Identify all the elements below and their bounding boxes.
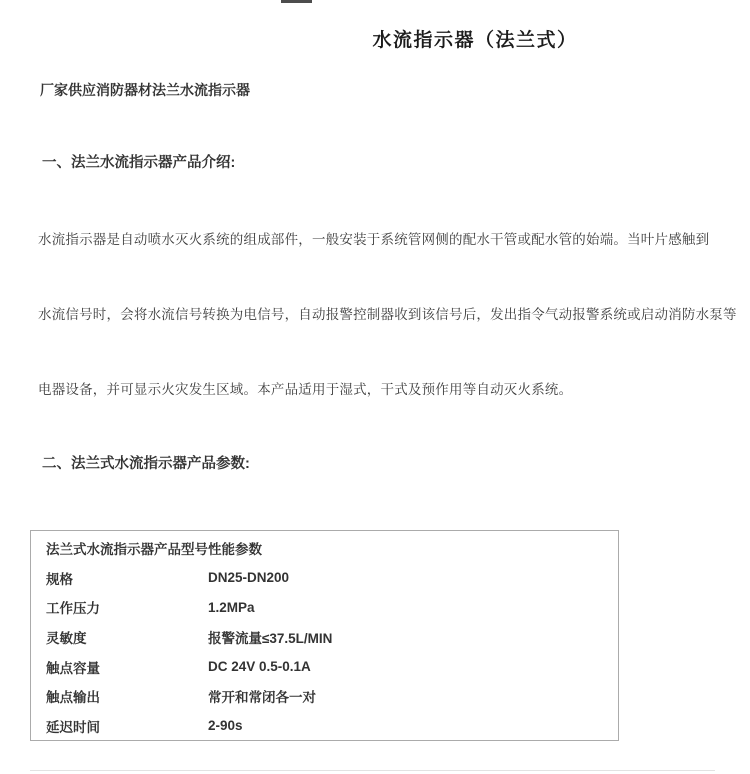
section-heading-intro: 一、法兰水流指示器产品介绍: [42, 151, 235, 172]
spec-table-title: 法兰式水流指示器产品型号性能参数 [46, 532, 618, 563]
spec-label: 延迟时间 [46, 716, 208, 736]
supplier-subtitle: 厂家供应消防器材法兰水流指示器 [40, 80, 250, 100]
spec-table: 法兰式水流指示器产品型号性能参数 规格 DN25-DN200 工作压力 1.2M… [30, 530, 619, 741]
spec-label: 触点容量 [46, 657, 208, 677]
table-row: 工作压力 1.2MPa [46, 593, 618, 623]
cut-off-text-fragment [281, 0, 312, 3]
page-title: 水流指示器（法兰式） [0, 25, 750, 52]
intro-paragraph-line-2: 水流信号时，会将水流信号转换为电信号，自动报警控制器收到该信号后，发出指令气动报… [38, 303, 738, 323]
table-row: 触点容量 DC 24V 0.5-0.1A [46, 652, 618, 682]
section-heading-parameters: 二、法兰式水流指示器产品参数: [42, 452, 250, 473]
spec-value: 报警流量≤37.5L/MIN [208, 627, 332, 647]
spec-value: 2-90s [208, 718, 243, 733]
bottom-divider [30, 770, 715, 771]
table-row: 规格 DN25-DN200 [46, 563, 618, 593]
table-row: 延迟时间 2-90s [46, 711, 618, 741]
intro-paragraph-line-1: 水流指示器是自动喷水灭火系统的组成部件，一般安装于系统管网侧的配水干管或配水管的… [38, 228, 738, 248]
spec-value: 常开和常闭各一对 [208, 686, 316, 706]
table-row: 触点输出 常开和常闭各一对 [46, 681, 618, 711]
spec-label: 工作压力 [46, 597, 208, 617]
spec-value: DN25-DN200 [208, 570, 289, 585]
intro-paragraph-line-3: 电器设备，并可显示火灾发生区域。本产品适用于湿式，干式及预作用等自动灭火系统。 [38, 378, 738, 398]
table-row: 灵敏度 报警流量≤37.5L/MIN [46, 622, 618, 652]
spec-label: 触点输出 [46, 686, 208, 706]
spec-value: 1.2MPa [208, 600, 255, 615]
spec-label: 灵敏度 [46, 627, 208, 647]
spec-label: 规格 [46, 568, 208, 588]
spec-value: DC 24V 0.5-0.1A [208, 659, 311, 674]
